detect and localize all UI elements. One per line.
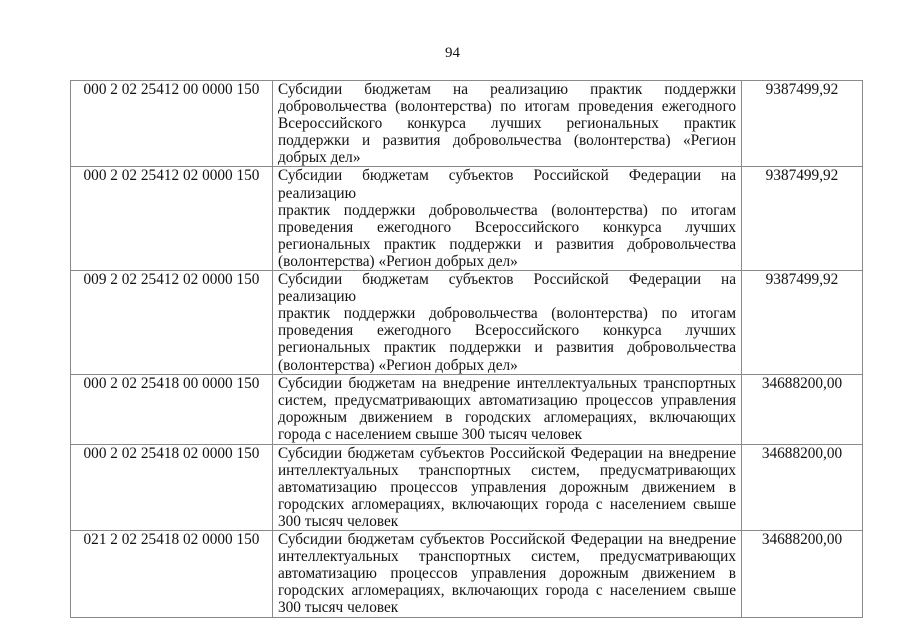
- description-line: 300 тысяч человек: [278, 599, 736, 616]
- description-line: практик поддержки добровольчества (волон…: [278, 202, 736, 219]
- description-line: городских агломерациях, включающих город…: [278, 582, 736, 599]
- table-row: 009 2 02 25412 02 0000 150 Субсидии бюдж…: [71, 271, 863, 375]
- description-line: (волонтерства) «Регион добрых дел»: [278, 253, 736, 270]
- description-line: региональных практик поддержки и развити…: [278, 236, 736, 253]
- description-line: систем, предусматривающих автоматизацию …: [278, 392, 736, 409]
- description-line: Всероссийского конкурса лучших региональ…: [278, 115, 736, 132]
- amount-value: 9387499,92: [742, 81, 863, 167]
- page-number: 94: [0, 44, 905, 62]
- budget-classification-code: 000 2 02 25412 02 0000 150: [71, 167, 273, 271]
- description-line: поддержки и развития добровольчества (во…: [278, 132, 736, 149]
- description-line: автоматизацию процессов управления дорож…: [278, 479, 736, 496]
- amount-value: 9387499,92: [742, 271, 863, 375]
- description-line: (волонтерства) «Регион добрых дел»: [278, 357, 736, 374]
- revenue-description: Субсидии бюджетам субъектов Российской Ф…: [273, 444, 742, 530]
- amount-value: 9387499,92: [742, 167, 863, 271]
- description-line: региональных практик поддержки и развити…: [278, 339, 736, 356]
- table-row: 000 2 02 25418 02 0000 150 Субсидии бюдж…: [71, 444, 863, 530]
- budget-classification-code: 000 2 02 25412 00 0000 150: [71, 81, 273, 167]
- description-line: интеллектуальных транспортных систем, пр…: [278, 462, 736, 479]
- description-line: Субсидии бюджетам субъектов Российской Ф…: [278, 531, 736, 548]
- description-line: городских агломерациях, включающих город…: [278, 496, 736, 513]
- budget-revenue-table: 000 2 02 25412 00 0000 150 Субсидии бюдж…: [70, 80, 863, 618]
- description-line: добрых дел»: [278, 149, 736, 166]
- table-row: 000 2 02 25412 00 0000 150 Субсидии бюдж…: [71, 81, 863, 167]
- revenue-description: Субсидии бюджетам субъектов Российской Ф…: [273, 167, 742, 271]
- description-line: города с населением свыше 300 тысяч чело…: [278, 426, 736, 443]
- budget-classification-code: 021 2 02 25418 02 0000 150: [71, 531, 273, 617]
- table-row: 000 2 02 25418 00 0000 150 Субсидии бюдж…: [71, 374, 863, 444]
- description-line: Субсидии бюджетам на реализацию практик …: [278, 81, 736, 98]
- table-body: 000 2 02 25412 00 0000 150 Субсидии бюдж…: [71, 81, 863, 618]
- description-line: добровольчества (волонтерства) по итогам…: [278, 98, 736, 115]
- description-line: Субсидии бюджетам субъектов Российской Ф…: [278, 445, 736, 462]
- description-line: практик поддержки добровольчества (волон…: [278, 305, 736, 322]
- description-line: Субсидии бюджетам субъектов Российской Ф…: [278, 167, 736, 201]
- description-line: 300 тысяч человек: [278, 513, 736, 530]
- description-line: интеллектуальных транспортных систем, пр…: [278, 548, 736, 565]
- description-line: автоматизацию процессов управления дорож…: [278, 565, 736, 582]
- description-line: дорожным движением в городских агломерац…: [278, 409, 736, 426]
- revenue-description: Субсидии бюджетам на реализацию практик …: [273, 81, 742, 167]
- amount-value: 34688200,00: [742, 531, 863, 617]
- revenue-description: Субсидии бюджетам субъектов Российской Ф…: [273, 271, 742, 375]
- table-row: 021 2 02 25418 02 0000 150 Субсидии бюдж…: [71, 531, 863, 617]
- budget-classification-code: 009 2 02 25412 02 0000 150: [71, 271, 273, 375]
- amount-value: 34688200,00: [742, 374, 863, 444]
- revenue-description: Субсидии бюджетам на внедрение интеллект…: [273, 374, 742, 444]
- revenue-description: Субсидии бюджетам субъектов Российской Ф…: [273, 531, 742, 617]
- budget-classification-code: 000 2 02 25418 02 0000 150: [71, 444, 273, 530]
- description-line: проведения ежегодного Всероссийского кон…: [278, 219, 736, 236]
- table-row: 000 2 02 25412 02 0000 150 Субсидии бюдж…: [71, 167, 863, 271]
- description-line: Субсидии бюджетам субъектов Российской Ф…: [278, 271, 736, 305]
- amount-value: 34688200,00: [742, 444, 863, 530]
- description-line: проведения ежегодного Всероссийского кон…: [278, 322, 736, 339]
- budget-classification-code: 000 2 02 25418 00 0000 150: [71, 374, 273, 444]
- description-line: Субсидии бюджетам на внедрение интеллект…: [278, 375, 736, 392]
